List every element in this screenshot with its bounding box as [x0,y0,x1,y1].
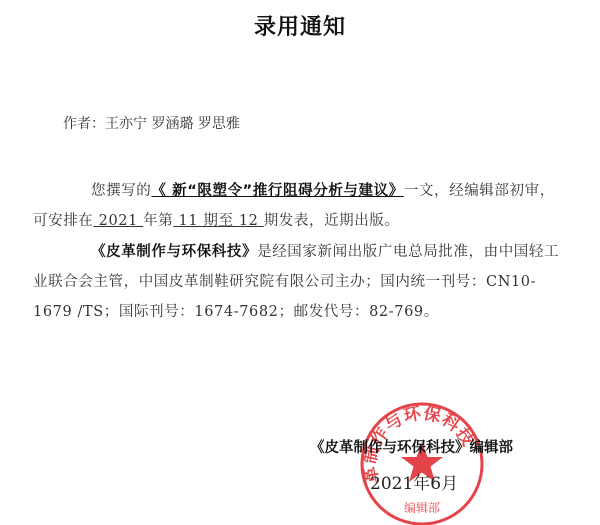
journal-info-paragraph: 《皮革制作与环保科技》是经国家新闻出版广电总局批准，由中国轻工业联合会主管，中国… [33,237,563,327]
para1-mid2: 年第 [143,213,173,229]
acceptance-paragraph: 您撰写的《 新“限塑令”推行阻碍分析与建议》一文，经编辑部初审，可安排在 202… [33,176,563,236]
journal-name: 《皮革制作与环保科技》 [91,244,257,260]
para1-suffix: 期发表，近期出版。 [264,213,400,229]
date: 2021年6月 [370,469,458,494]
authors-label: 作者： [63,116,105,132]
issue-range: 11 期至 12 [173,213,263,229]
signature: 《皮革制作与环保科技》编辑部 [310,436,513,457]
authors-line: 作者：王亦宁 罗涵璐 罗思雅 [63,113,240,133]
official-stamp: 革制作与环保科技 编辑部 [358,400,486,525]
stamp-bottom-text: 编辑部 [404,500,440,515]
publish-year: 2021 [93,213,143,229]
page-title: 录用通知 [0,10,600,41]
para1-prefix: 您撰写的 [91,183,151,199]
authors-names: 王亦宁 罗涵璐 罗思雅 [105,116,240,132]
article-title: 《 新“限塑令”推行阻碍分析与建议》 [151,183,403,199]
